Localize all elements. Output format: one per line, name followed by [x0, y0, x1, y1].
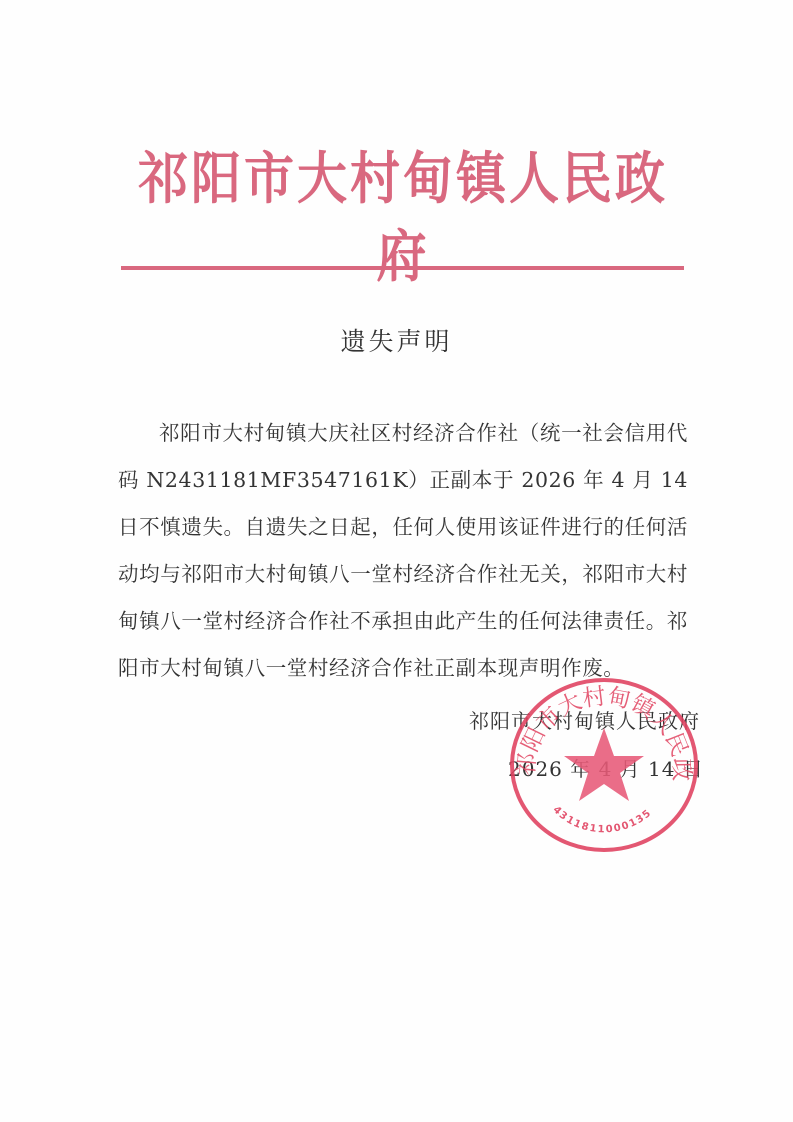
document-title: 遗失声明 — [0, 322, 793, 358]
official-seal: 祁阳市大村甸镇人民政府 4311811000135 — [508, 676, 700, 854]
document-page: 祁阳市大村甸镇人民政府 遗失声明 祁阳市大村甸镇大庆社区村经济合作社（统一社会信… — [0, 0, 793, 1122]
declaration-body: 祁阳市大村甸镇大庆社区村经济合作社（统一社会信用代码 N2431181MF354… — [118, 410, 688, 692]
seal-serial-number: 4311811000135 — [551, 804, 655, 835]
header-divider — [121, 266, 684, 270]
star-icon — [564, 728, 644, 801]
issuer-header-title: 祁阳市大村甸镇人民政府 — [118, 140, 688, 297]
